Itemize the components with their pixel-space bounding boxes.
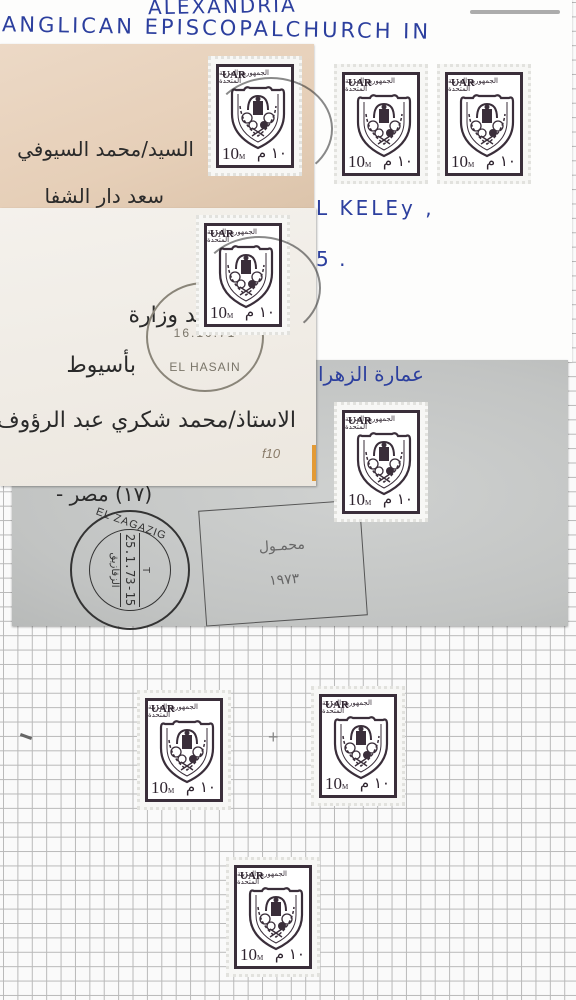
stamp-value-arabic: ١٠ م xyxy=(486,152,516,170)
stamp-value-arabic: ١٠ م xyxy=(360,774,390,792)
pencil-note: f10 xyxy=(262,446,280,461)
stamp-frame: UAR الجمهورية العربية المتحدة 10M ١٠ م xyxy=(145,698,223,802)
stamp-frame: UAR الجمهورية العربية المتحدة 10M ١٠ م xyxy=(216,64,294,168)
stamp-s4: UAR الجمهورية العربية المتحدة 10M ١٠ م xyxy=(196,215,290,335)
stamp-frame: UAR الجمهورية العربية المتحدة 10M ١٠ م xyxy=(204,223,282,327)
postmark-code: T xyxy=(140,567,151,573)
smudge-mark xyxy=(470,10,560,14)
stamp-frame: UAR الجمهورية العربية المتحدة 10M ١٠ م xyxy=(445,72,523,176)
shield-emblem-icon xyxy=(457,92,517,158)
stamp-country-arabic: الجمهورية العربية المتحدة xyxy=(322,699,391,715)
shield-emblem-icon xyxy=(354,92,414,158)
stamp-frame: UAR الجمهورية العربية المتحدة 10M ١٠ م xyxy=(342,72,420,176)
plus-mark: + xyxy=(268,727,279,748)
stamp-value-arabic: ١٠ م xyxy=(245,303,275,321)
stamp-value-arabic: ١٠ م xyxy=(275,945,305,963)
stamp-frame: UAR الجمهورية العربية المتحدة 10M ١٠ م xyxy=(234,865,312,969)
cream-cover-address-line: بأسيوط xyxy=(66,353,136,378)
stamp-value: 10M xyxy=(348,152,371,172)
postmark-date: 25.1.73-15 xyxy=(120,533,140,607)
stamp-value: 10M xyxy=(210,303,233,323)
stamp-s3: UAR الجمهورية العربية المتحدة 10M ١٠ م xyxy=(437,64,531,184)
tan-cover-address-line: السيد/محمد السيوفي xyxy=(17,137,194,161)
stamp-value-arabic: ١٠ م xyxy=(257,144,287,162)
pencil-dash-mark xyxy=(20,733,32,740)
cream-cover-address-line: الاستاذ/محمد شكري عبد الرؤوف xyxy=(0,408,296,433)
stamp-value: 10M xyxy=(240,945,263,965)
stamp-country-arabic: الجمهورية العربية المتحدة xyxy=(207,228,276,244)
postmark-zagazig: T 25.1.73-15 الزقازيق EL ZAGAZIG xyxy=(70,510,190,630)
postmark-town: EL HASAIN xyxy=(169,360,240,374)
stamp-value: 10M xyxy=(151,778,174,798)
grey-cover-address-blue: عمارة الزهرا xyxy=(318,362,424,386)
shield-emblem-icon xyxy=(216,243,276,309)
stamp-value-arabic: ١٠ م xyxy=(186,778,216,796)
stamp-s1: UAR الجمهورية العربية المتحدة 10M ١٠ م xyxy=(208,56,302,176)
cachet-line: ١٩٧٣ xyxy=(269,571,300,589)
stamp-s2: UAR الجمهورية العربية المتحدة 10M ١٠ م xyxy=(334,64,428,184)
stamp-country-arabic: الجمهورية العربية المتحدة xyxy=(345,415,414,431)
stamp-value: 10M xyxy=(348,490,371,510)
shield-emblem-icon xyxy=(331,714,391,780)
shield-emblem-icon xyxy=(354,430,414,496)
orange-tape-mark xyxy=(312,445,316,481)
address-line-name: L KELEy , xyxy=(316,196,435,220)
cachet-line: محمـول xyxy=(258,536,305,555)
stamp-s7: UAR الجمهورية العربية المتحدة 10M ١٠ م xyxy=(311,686,405,806)
stamp-country-arabic: الجمهورية العربية المتحدة xyxy=(237,870,306,886)
shield-emblem-icon xyxy=(246,885,306,951)
stamp-s6: UAR الجمهورية العربية المتحدة 10M ١٠ م xyxy=(137,690,231,810)
postmark-arabic: الزقازيق xyxy=(109,552,120,587)
stamp-country-arabic: الجمهورية العربية المتحدة xyxy=(219,69,288,85)
tan-cover-address-line: سعد دار الشفا xyxy=(45,184,164,208)
shield-emblem-icon xyxy=(157,718,217,784)
stamp-frame: UAR الجمهورية العربية المتحدة 10M ١٠ م xyxy=(319,694,397,798)
stamp-country-arabic: الجمهورية العربية المتحدة xyxy=(148,703,217,719)
stamp-country-arabic: الجمهورية العربية المتحدة xyxy=(345,77,414,93)
shield-emblem-icon xyxy=(228,84,288,150)
stamp-value: 10M xyxy=(325,774,348,794)
stamp-frame: UAR الجمهورية العربية المتحدة 10M ١٠ م xyxy=(342,410,420,514)
postmark-inner-ring: T 25.1.73-15 الزقازيق xyxy=(89,529,171,611)
stamp-s5: UAR الجمهورية العربية المتحدة 10M ١٠ م xyxy=(334,402,428,522)
stamp-value: 10M xyxy=(222,144,245,164)
stamp-s8: UAR الجمهورية العربية المتحدة 10M ١٠ م xyxy=(226,857,320,977)
stamp-value-arabic: ١٠ م xyxy=(383,490,413,508)
stamp-value: 10M xyxy=(451,152,474,172)
address-line-number: 5 . xyxy=(316,247,347,271)
stamp-country-arabic: الجمهورية العربية المتحدة xyxy=(448,77,517,93)
stamp-value-arabic: ١٠ م xyxy=(383,152,413,170)
